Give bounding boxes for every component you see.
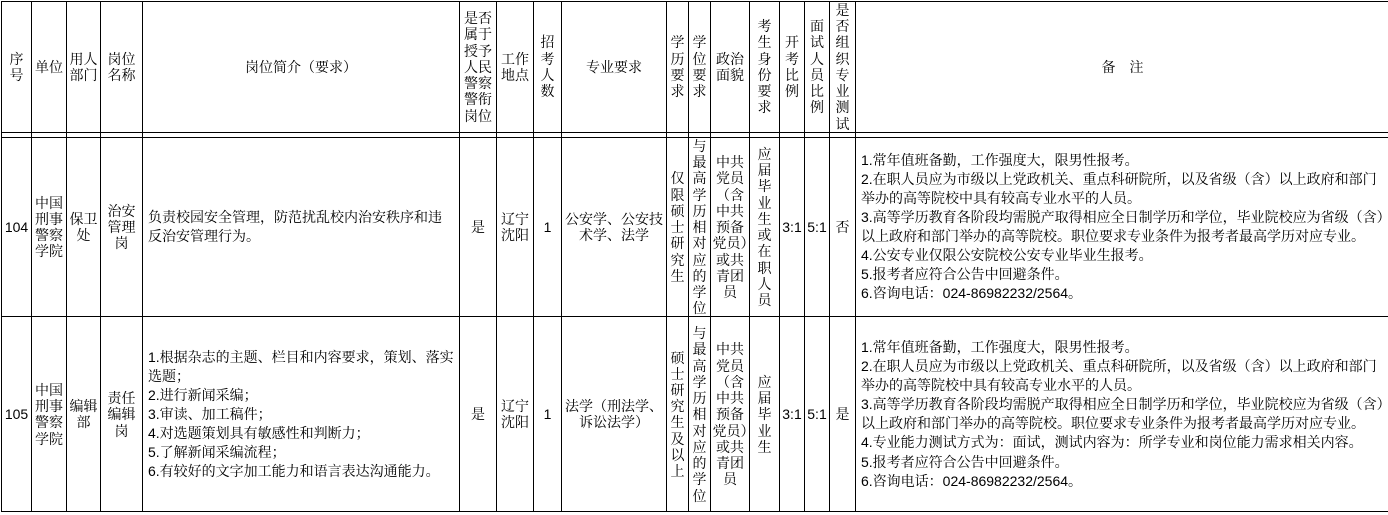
table-row: 104 中国刑事警察学院 保卫处 治安管理岗 负责校园安全管理，防范扰乱校内治安… [2,137,1388,317]
cell-interview-ratio: 5:1 [805,137,830,317]
cell-major-requirement: 法学（刑法学、诉讼法学） [562,317,667,512]
cell-remarks: 1.常年值班备勤，工作强度大，限男性报考。 2.在职人员应为市级以上党政机关、重… [856,137,1388,317]
header-job-description: 岗位简介（要求） [143,2,460,133]
header-degree-requirement: 学位要求 [689,2,711,133]
cell-professional-test: 否 [830,137,856,317]
cell-education-requirement: 仅限硕士研究生 [667,137,689,317]
header-recruit-count: 招考人数 [534,2,562,133]
cell-job-description: 负责校园安全管理，防范扰乱校内治安秩序和违反治安管理行为。 [143,137,460,317]
cell-professional-test: 是 [830,317,856,512]
header-work-location: 工作地点 [497,2,534,133]
cell-recruit-count: 1 [534,137,562,317]
header-education-requirement: 学历要求 [667,2,689,133]
cell-political-status: 中共党员（含中共预备党员）或共青团员 [711,317,750,512]
cell-major-requirement: 公安学、公安技术学、法学 [562,137,667,317]
cell-education-requirement: 硕士研究生及以上 [667,317,689,512]
cell-candidate-identity: 应届毕业生 [750,317,780,512]
header-major-requirement: 专业要求 [562,2,667,133]
cell-political-status: 中共党员（含中共预备党员）或共青团员 [711,137,750,317]
cell-unit: 中国刑事警察学院 [32,137,67,317]
cell-seq: 104 [2,137,32,317]
header-unit: 单位 [32,2,67,133]
header-exam-ratio: 开考比例 [780,2,805,133]
header-seq: 序号 [2,2,32,133]
header-police-rank-post: 是否属于授予人民警察警衔岗位 [460,2,497,133]
header-professional-test: 是否组织专业测试 [830,2,856,133]
cell-recruit-count: 1 [534,317,562,512]
cell-position-name: 责任编辑岗 [101,317,143,512]
cell-degree-requirement: 与最高学历相对应的学位 [689,317,711,512]
header-interview-ratio: 面试人员比例 [805,2,830,133]
cell-degree-requirement: 与最高学历相对应的学位 [689,137,711,317]
cell-interview-ratio: 5:1 [805,317,830,512]
cell-exam-ratio: 3:1 [780,137,805,317]
cell-position-name: 治安管理岗 [101,137,143,317]
table-row: 105 中国刑事警察学院 编辑部 责任编辑岗 1.根据杂志的主题、栏目和内容要求… [2,317,1388,512]
cell-unit: 中国刑事警察学院 [32,317,67,512]
cell-remarks: 1.常年值班备勤，工作强度大，限男性报考。 2.在职人员应为市级以上党政机关、重… [856,317,1388,512]
cell-department: 保卫处 [67,137,101,317]
cell-work-location: 辽宁沈阳 [497,137,534,317]
cell-work-location: 辽宁沈阳 [497,317,534,512]
cell-exam-ratio: 3:1 [780,317,805,512]
cell-police-rank-post: 是 [460,317,497,512]
cell-candidate-identity: 应届毕业生或在职人员 [750,137,780,317]
table-header: 序号 单位 用人部门 岗位名称 岗位简介（要求） 是否属于授予人民警察警衔岗位 … [2,2,1388,133]
cell-police-rank-post: 是 [460,137,497,317]
header-candidate-identity: 考生身份要求 [750,2,780,133]
cell-seq: 105 [2,317,32,512]
header-department: 用人部门 [67,2,101,133]
recruitment-table: 序号 单位 用人部门 岗位名称 岗位简介（要求） 是否属于授予人民警察警衔岗位 … [1,1,1388,512]
cell-department: 编辑部 [67,317,101,512]
cell-job-description: 1.根据杂志的主题、栏目和内容要求，策划、落实选题； 2.进行新闻采编； 3.审… [143,317,460,512]
header-political-status: 政治面貌 [711,2,750,133]
header-position-name: 岗位名称 [101,2,143,133]
header-remarks: 备 注 [856,2,1388,133]
header-row: 序号 单位 用人部门 岗位名称 岗位简介（要求） 是否属于授予人民警察警衔岗位 … [2,2,1388,133]
